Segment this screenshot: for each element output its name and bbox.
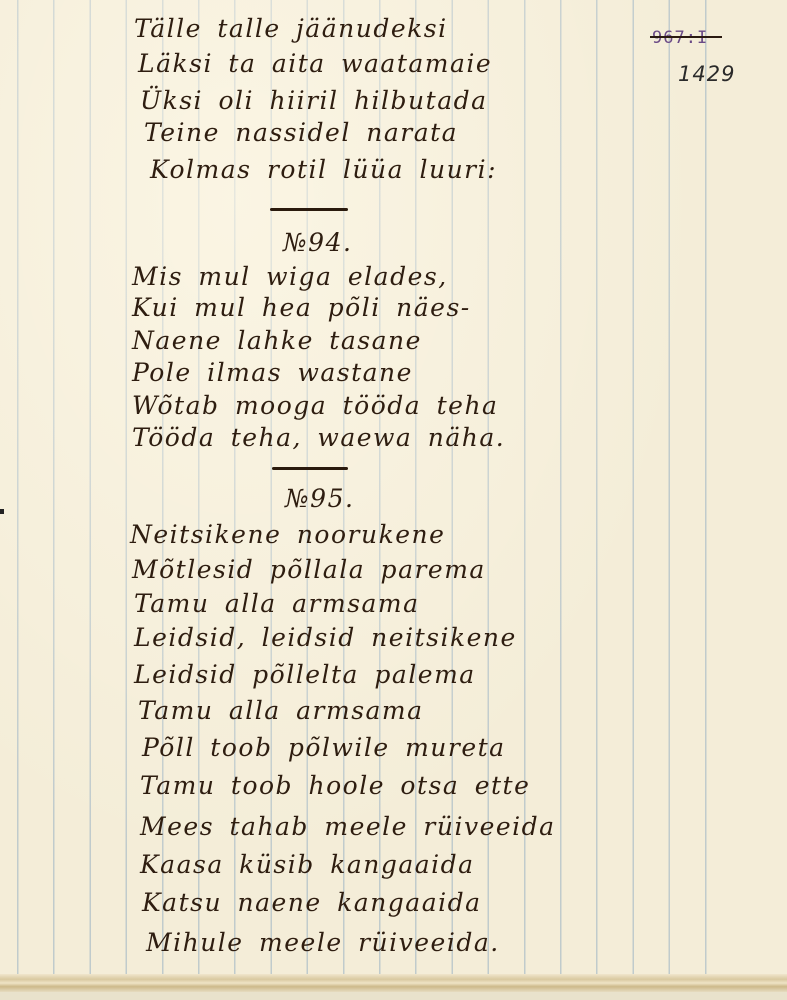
manuscript-page: 967:I 1429 Tälle talle jäänudeksi Läksi … [0, 0, 787, 992]
unruled-margin [717, 0, 787, 992]
strikethrough-line [650, 36, 722, 38]
verse-line: Wõtab mooga tööda teha [132, 391, 498, 421]
verse-line: Mis mul wiga elades, [132, 262, 448, 292]
verse-line: Kui mul hea põli näes- [132, 293, 471, 323]
verse-line: Kolmas rotil lüüa luuri: [150, 155, 497, 185]
edge-mark [0, 509, 4, 514]
verse-line: Neitsikene noorukene [130, 520, 445, 550]
verse-line: Katsu naene kangaaida [142, 888, 482, 918]
verse-line: Tamu alla armsama [138, 696, 424, 726]
verse-line: Naene lahke tasane [132, 326, 422, 356]
verse-line: Läksi ta aita waatamaie [138, 49, 492, 79]
verse-line: Teine nassidel narata [144, 118, 458, 148]
verse-line: Üksi oli hiiril hilbutada [140, 86, 488, 116]
verse-line: Mõtlesid põllala parema [132, 555, 486, 585]
verse-line: Leidsid põllelta palema [134, 660, 476, 690]
verse-line: Tööda teha, waewa näha. [132, 423, 505, 453]
verse-line: Kaasa küsib kangaaida [140, 850, 475, 880]
verse-line: Tälle talle jäänudeksi [134, 14, 448, 44]
verse-line: Tamu toob hoole otsa ette [140, 771, 530, 801]
archive-number-current: 1429 [678, 62, 735, 86]
verse-line: Mihule meele rüiveeida. [146, 928, 500, 958]
verse-line: Mees tahab meele rüiveeida [140, 812, 556, 842]
section-divider [272, 467, 348, 470]
verse-line: Tamu alla armsama [134, 589, 420, 619]
poem-number: №94. [283, 228, 352, 258]
archive-number-old: 967:I [652, 28, 708, 48]
verse-line: Leidsid, leidsid neitsikene [134, 623, 517, 653]
poem-number: №95. [285, 484, 354, 514]
verse-line: Põll toob põlwile mureta [142, 733, 506, 763]
verse-line: Pole ilmas wastane [132, 358, 413, 388]
section-divider [270, 208, 348, 211]
